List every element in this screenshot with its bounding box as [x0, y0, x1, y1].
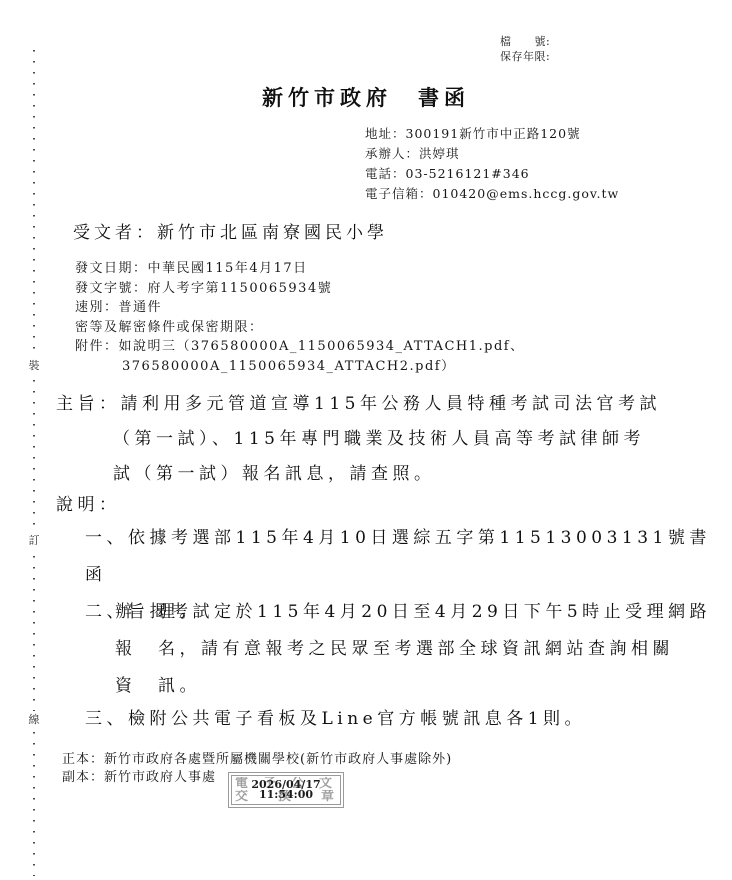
file-number-label: 檔 號:	[500, 34, 550, 49]
priority-line: 速別：普通件	[75, 298, 525, 318]
explanation-item-1-line-1: 一、依據考選部115年4月10日選綜五字第11513003131號書函	[85, 520, 732, 594]
binding-dotted-line	[33, 50, 35, 876]
original-recipient-line: 正本：新竹市政府各處暨所屬機關學校(新竹市政府人事處除外)	[62, 751, 452, 769]
stamp-time: 11:54:00	[251, 790, 320, 800]
subject-line-3: 試（第一試）報名訊息，請查照。	[56, 457, 661, 492]
binding-mark-xian: 線	[26, 711, 42, 728]
contact-email: 電子信箱：010420@ems.hccg.gov.tw	[365, 184, 619, 204]
explanation-item-2-line-3: 資 訊。	[85, 668, 711, 705]
file-number-block: 檔 號: 保存年限:	[500, 34, 550, 64]
subject-line-2: （第一試）、115年專門職業及技術人員高等考試律師考	[56, 422, 661, 457]
explanation-heading: 說明：	[56, 490, 121, 515]
retention-period-label: 保存年限:	[500, 49, 550, 64]
attachment-line-2: 376580000A_1150065934_ATTACH2.pdf）	[75, 357, 525, 377]
contact-phone: 電話：03-5216121#346	[365, 164, 619, 184]
contact-person: 承辦人：洪婷琪	[365, 144, 619, 164]
agency-address: 地址：300191新竹市中正路120號	[365, 124, 619, 144]
subject-block: 主旨：請利用多元管道宣導115年公務人員特種考試司法官考試 （第一試）、115年…	[56, 387, 661, 492]
explanation-item-3: 三、檢附公共電子看板及Line官方帳號訊息各1則。	[85, 701, 586, 738]
document-title: 新竹市政府 書函	[0, 82, 732, 112]
explanation-item-2-line-2: 報 名，請有意報考之民眾至考選部全球資訊網站查詢相關	[85, 631, 711, 668]
electronic-exchange-stamp: 電子公文 交換章 2026/04/17 11:54:00	[228, 772, 344, 808]
security-line: 密等及解密條件或保密期限：	[75, 318, 525, 338]
issue-date-line: 發文日期：中華民國115年4月17日	[75, 259, 525, 279]
explanation-item-2: 二、旨揭考試定於115年4月20日至4月29日下午5時止受理網路 報 名，請有意…	[85, 594, 711, 705]
explanation-item-3-line-1: 三、檢附公共電子看板及Line官方帳號訊息各1則。	[85, 701, 586, 738]
document-meta-block: 發文日期：中華民國115年4月17日 發文字號：府人考字第1150065934號…	[75, 259, 525, 376]
recipient-line: 受文者：新竹市北區南寮國民小學	[73, 218, 388, 243]
issue-number-line: 發文字號：府人考字第1150065934號	[75, 279, 525, 299]
official-letter-document: 裝 訂 線 檔 號: 保存年限: 新竹市政府 書函 地址：300191新竹市中正…	[0, 0, 732, 880]
agency-contact-block: 地址：300191新竹市中正路120號 承辦人：洪婷琪 電話：03-521612…	[365, 124, 619, 204]
attachment-line-1: 附件：如說明三（376580000A_1150065934_ATTACH1.pd…	[75, 337, 525, 357]
binding-mark-zhuang: 裝	[26, 357, 42, 374]
subject-line-1: 主旨：請利用多元管道宣導115年公務人員特種考試司法官考試	[56, 387, 661, 422]
explanation-item-2-line-1: 二、旨揭考試定於115年4月20日至4月29日下午5時止受理網路	[85, 594, 711, 631]
binding-mark-ding: 訂	[26, 532, 42, 549]
stamp-datetime: 2026/04/17 11:54:00	[251, 780, 320, 800]
